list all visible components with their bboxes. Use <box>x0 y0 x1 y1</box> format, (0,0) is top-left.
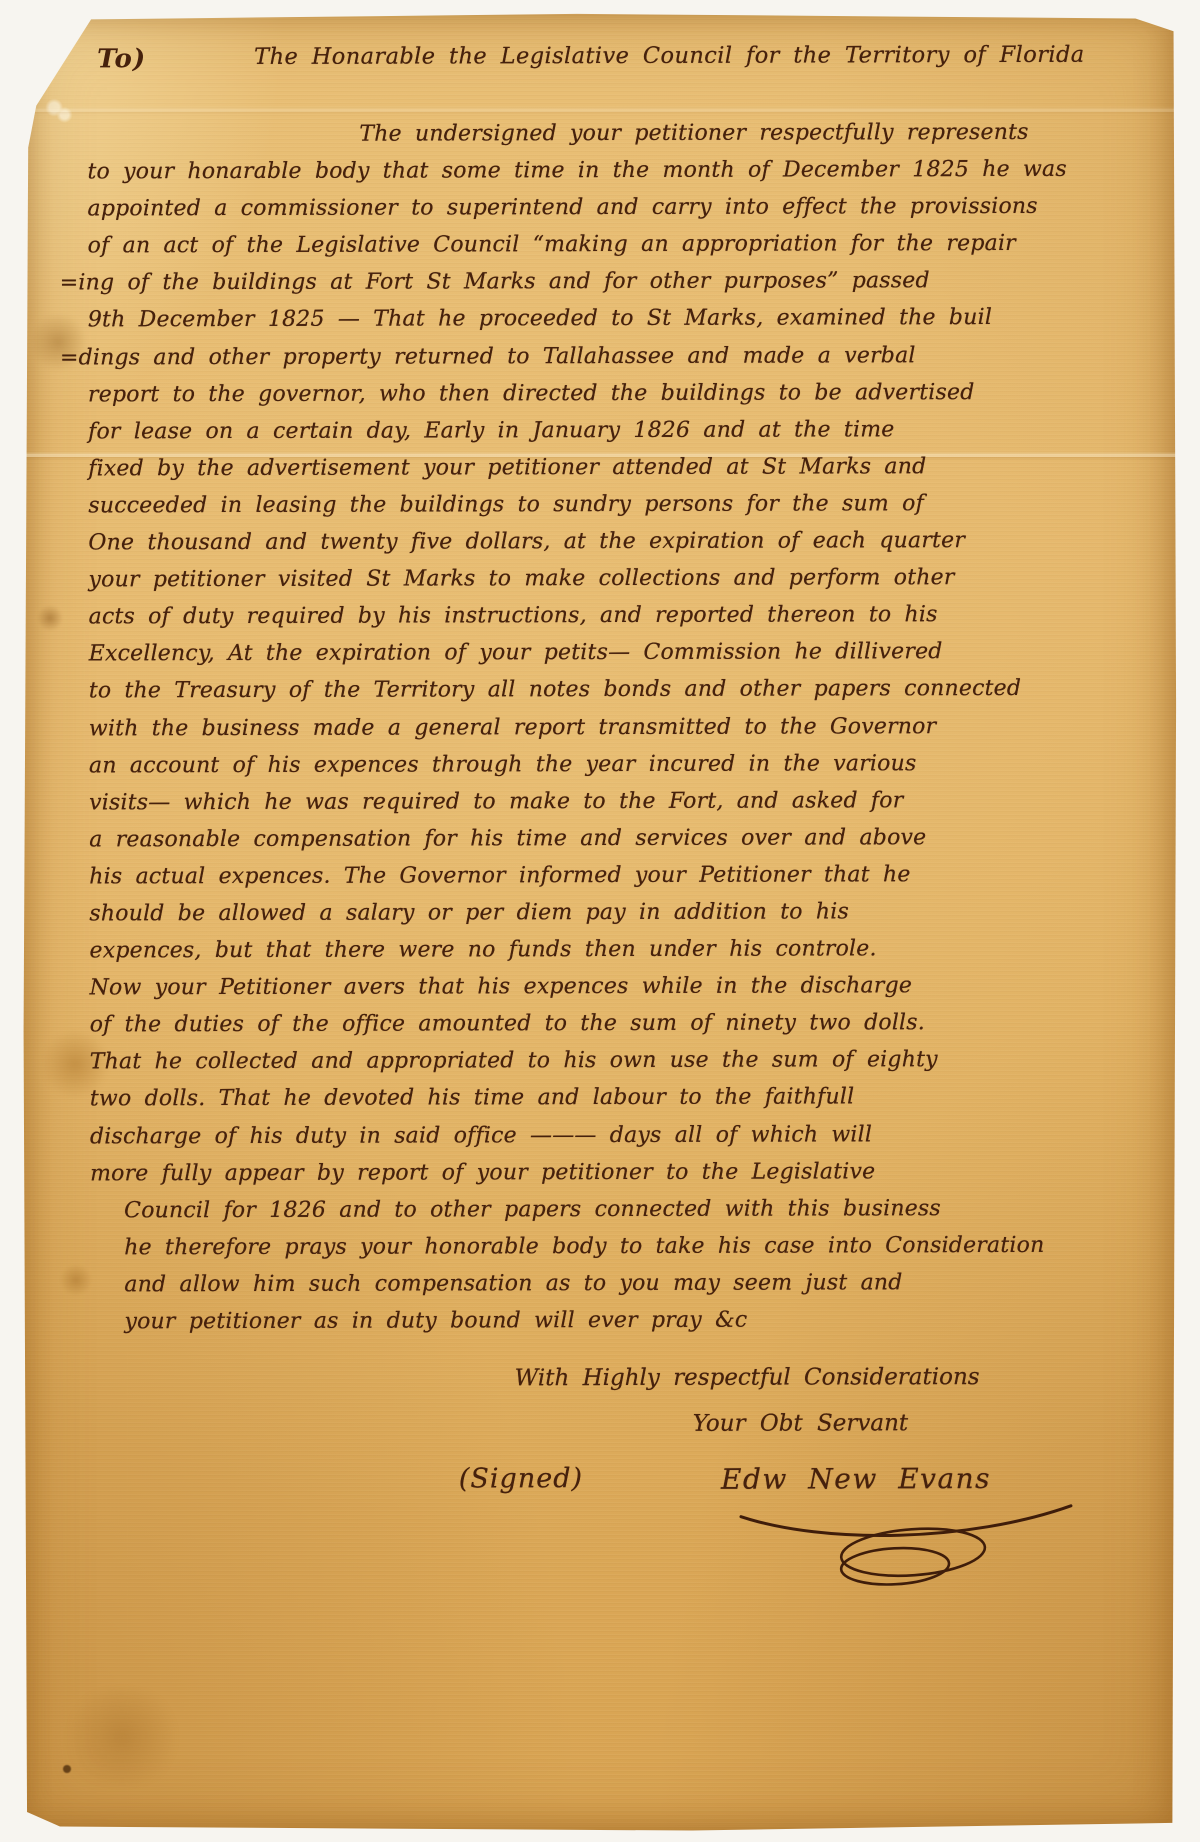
text-line: of an act of the Legislative Council “ma… <box>60 225 1160 265</box>
text-line: Excellency, At the expiration of your pe… <box>61 633 1161 673</box>
text-line: your petitioner as in duty bound will ev… <box>62 1301 1162 1341</box>
paper-stain <box>57 1689 187 1785</box>
text-line: =dings and other property returned to Ta… <box>60 336 1160 376</box>
text-line: a reasonable compensation for his time a… <box>61 818 1161 858</box>
page-title: The Honarable the Legislative Council fo… <box>254 42 1084 70</box>
text-line: That he collected and appropriated to hi… <box>62 1041 1162 1081</box>
text-line: for lease on a certain day, Early in Jan… <box>60 410 1160 450</box>
petition-body: The undersigned your petitioner respectf… <box>59 114 1162 1341</box>
signature-flourish <box>737 1492 1077 1597</box>
address-heading: To) The Honarable the Legislative Counci… <box>59 42 1159 75</box>
signature-name: Edw New Evans <box>721 1462 991 1496</box>
text-line: One thousand and twenty five dollars, at… <box>60 522 1160 562</box>
signature-row: (Signed) Edw New Evans <box>63 1462 1163 1498</box>
document-paper: To) The Honarable the Legislative Counci… <box>23 13 1177 1832</box>
text-line: discharge of his duty in said office ———… <box>62 1115 1162 1155</box>
closing-servant: Your Obt Servant <box>63 1410 1163 1439</box>
closing-courtesy: With Highly respectful Considerations <box>63 1364 1163 1393</box>
text-line: should be allowed a salary or per diem p… <box>61 893 1161 933</box>
signature: Edw New Evans <box>721 1462 991 1496</box>
address-prefix: To) <box>97 44 146 74</box>
closing-block: With Highly respectful Considerations Yo… <box>63 1364 1163 1498</box>
signed-label: (Signed) <box>63 1463 583 1495</box>
paper-stain <box>63 1765 71 1773</box>
text-line: with the business made a general report … <box>61 707 1161 747</box>
text-line: Council for 1826 and to other papers con… <box>62 1189 1162 1229</box>
text-line: appointed a commissioner to superintend … <box>59 188 1159 228</box>
paper-stain <box>37 605 63 631</box>
text-line: succeeded in leasing the buildings to su… <box>60 484 1160 524</box>
text-line: expences, but that there were no funds t… <box>61 930 1161 970</box>
text-line: =ing of the buildings at Fort St Marks a… <box>60 262 1160 302</box>
text-line: an account of his expences through the y… <box>61 744 1161 784</box>
text-line: Now your Petitioner avers that his expen… <box>62 967 1162 1007</box>
text-line: fixed by the advertisement your petition… <box>60 447 1160 487</box>
text-line: to the Treasury of the Territory all not… <box>61 670 1161 710</box>
text-line: he therefore prays your honorable body t… <box>62 1226 1162 1266</box>
text-line: visits— which he was required to make to… <box>61 781 1161 821</box>
petition-content: To) The Honarable the Legislative Counci… <box>59 36 1163 1498</box>
text-line: his actual expences. The Governor inform… <box>61 855 1161 895</box>
text-line: to your honarable body that some time in… <box>59 151 1159 191</box>
text-line: of the duties of the office amounted to … <box>62 1004 1162 1044</box>
text-line: your petitioner visited St Marks to make… <box>60 559 1160 599</box>
text-line: more fully appear by report of your peti… <box>62 1152 1162 1192</box>
text-line: report to the governor, who then directe… <box>60 373 1160 413</box>
text-line: acts of duty required by his instruction… <box>61 596 1161 636</box>
text-line: two dolls. That he devoted his time and … <box>62 1078 1162 1118</box>
text-line: The undersigned your petitioner respectf… <box>59 114 1159 154</box>
text-line: and allow him such compensation as to yo… <box>62 1263 1162 1303</box>
text-line: 9th December 1825 — That he proceeded to… <box>60 299 1160 339</box>
